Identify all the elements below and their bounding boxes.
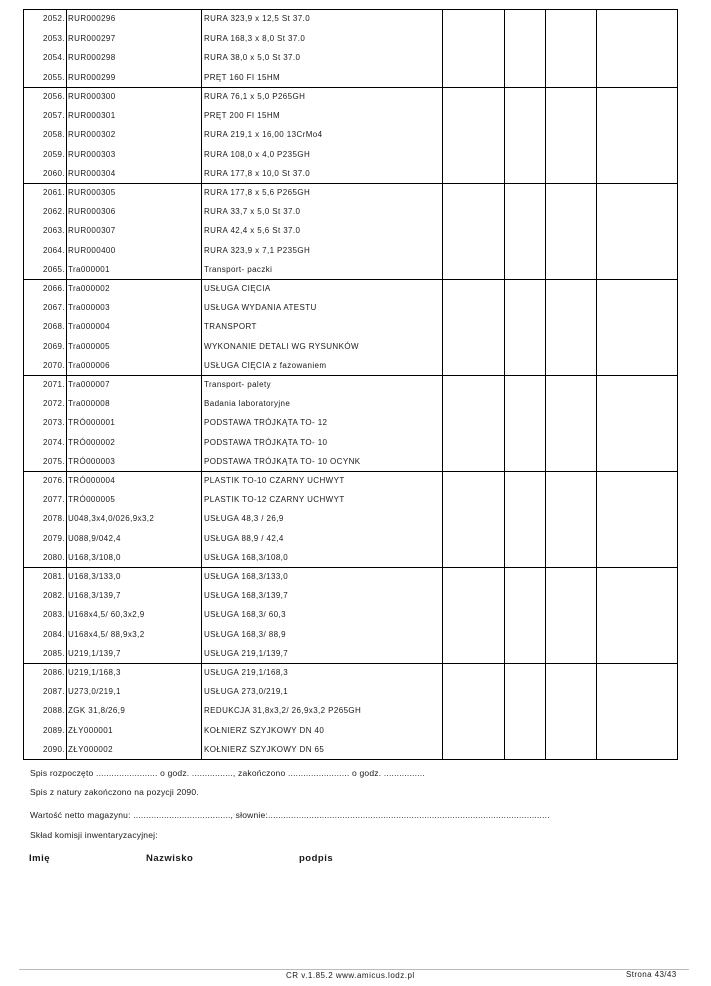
row-name: RURA 33,7 x 5,0 St 37.0 <box>204 202 300 221</box>
row-lp: 2078. <box>24 509 65 528</box>
table-row: 2068.Tra000004TRANSPORT <box>24 317 444 336</box>
row-lp: 2061. <box>24 183 65 202</box>
row-lp: 2053. <box>24 29 65 48</box>
signature-header: podpis <box>299 853 333 864</box>
group-separator <box>24 87 677 88</box>
row-name: USŁUGA 168,3/133,0 <box>204 567 288 586</box>
row-lp: 2079. <box>24 529 65 548</box>
row-lp: 2070. <box>24 356 65 375</box>
table-row: 2070.Tra000006USŁUGA CIĘCIA z fazowaniem <box>24 356 444 375</box>
row-name: RURA 323,9 x 12,5 St 37.0 <box>204 9 310 28</box>
row-code: RUR000304 <box>68 164 116 183</box>
table-row: 2053.RUR000297RURA 168,3 x 8,0 St 37.0 <box>24 29 444 48</box>
table-row: 2080.U168,3/108,0USŁUGA 168,3/108,0 <box>24 548 444 567</box>
footer-version: CR v.1.85.2 www.amicus.lodz.pl <box>286 971 415 980</box>
row-lp: 2072. <box>24 394 65 413</box>
row-code: Tra000006 <box>68 356 110 375</box>
row-name: Badania laboratoryjne <box>204 394 290 413</box>
column-divider <box>504 10 505 759</box>
page-number: Strona 43/43 <box>626 970 677 979</box>
row-code: RUR000302 <box>68 125 116 144</box>
row-name: KOŁNIERZ SZYJKOWY DN 65 <box>204 740 324 759</box>
footer-divider <box>19 969 689 970</box>
table-row: 2067.Tra000003USŁUGA WYDANIA ATESTU <box>24 298 444 317</box>
table-row: 2077.TRÓ000005PLASTIK TO-12 CZARNY UCHWY… <box>24 490 444 509</box>
row-lp: 2090. <box>24 740 65 759</box>
inventory-end-line: Spis z natury zakończono na pozycji 2090… <box>30 787 199 797</box>
row-name: USŁUGA 273,0/219,1 <box>204 682 288 701</box>
table-row: 2055.RUR000299PRĘT 160 FI 15HM <box>24 68 444 87</box>
table-row: 2069.Tra000005WYKONANIE DETALI WG RYSUNK… <box>24 337 444 356</box>
row-lp: 2083. <box>24 605 65 624</box>
row-lp: 2062. <box>24 202 65 221</box>
row-name: RURA 38,0 x 5,0 St 37.0 <box>204 48 300 67</box>
table-row: 2088.ZGK 31,8/26,9REDUKCJA 31,8x3,2/ 26,… <box>24 701 444 720</box>
row-code: Tra000002 <box>68 279 110 298</box>
row-lp: 2069. <box>24 337 65 356</box>
table-row: 2084.U168x4,5/ 88,9x3,2USŁUGA 168,3/ 88,… <box>24 625 444 644</box>
row-lp: 2085. <box>24 644 65 663</box>
row-lp: 2066. <box>24 279 65 298</box>
row-code: Tra000005 <box>68 337 110 356</box>
table-row: 2072.Tra000008Badania laboratoryjne <box>24 394 444 413</box>
table-row: 2066.Tra000002USŁUGA CIĘCIA <box>24 279 444 298</box>
table-row: 2056.RUR000300RURA 76,1 x 5,0 P265GH <box>24 87 444 106</box>
row-code: RUR000300 <box>68 87 116 106</box>
table-row: 2061.RUR000305RURA 177,8 x 5,6 P265GH <box>24 183 444 202</box>
row-name: RURA 177,8 x 5,6 P265GH <box>204 183 310 202</box>
row-code: TRÓ000001 <box>68 413 115 432</box>
row-code: U168,3/133,0 <box>68 567 121 586</box>
row-name: USŁUGA CIĘCIA <box>204 279 271 298</box>
row-code: U168x4,5/ 88,9x3,2 <box>68 625 145 644</box>
row-lp: 2087. <box>24 682 65 701</box>
row-lp: 2054. <box>24 48 65 67</box>
row-lp: 2073. <box>24 413 65 432</box>
table-row: 2086.U219,1/168,3USŁUGA 219,1/168,3 <box>24 663 444 682</box>
row-name: USŁUGA 168,3/ 88,9 <box>204 625 286 644</box>
table-row: 2089.ZŁY000001KOŁNIERZ SZYJKOWY DN 40 <box>24 721 444 740</box>
table-row: 2062.RUR000306RURA 33,7 x 5,0 St 37.0 <box>24 202 444 221</box>
row-name: USŁUGA CIĘCIA z fazowaniem <box>204 356 326 375</box>
row-lp: 2057. <box>24 106 65 125</box>
row-code: Tra000003 <box>68 298 110 317</box>
row-code: RUR000297 <box>68 29 116 48</box>
row-lp: 2056. <box>24 87 65 106</box>
row-name: PODSTAWA TRÓJKĄTA TO- 12 <box>204 413 327 432</box>
row-code: RUR000298 <box>68 48 116 67</box>
row-name: RURA 323,9 x 7,1 P235GH <box>204 241 310 260</box>
row-name: PRĘT 160 FI 15HM <box>204 68 280 87</box>
column-divider <box>596 10 597 759</box>
row-code: ZŁY000002 <box>68 740 113 759</box>
first-name-header: Imię <box>29 853 50 864</box>
table-row: 2064.RUR000400RURA 323,9 x 7,1 P235GH <box>24 241 444 260</box>
row-lp: 2059. <box>24 145 65 164</box>
row-name: USŁUGA WYDANIA ATESTU <box>204 298 317 317</box>
row-name: USŁUGA 88,9 / 42,4 <box>204 529 284 548</box>
group-separator <box>24 279 677 280</box>
row-lp: 2074. <box>24 433 65 452</box>
row-name: RURA 108,0 x 4,0 P235GH <box>204 145 310 164</box>
row-lp: 2052. <box>24 9 65 28</box>
table-row: 2057.RUR000301PRĘT 200 FI 15HM <box>24 106 444 125</box>
row-lp: 2088. <box>24 701 65 720</box>
row-code: U273,0/219,1 <box>68 682 121 701</box>
column-divider <box>545 10 546 759</box>
row-name: RURA 177,8 x 10,0 St 37.0 <box>204 164 310 183</box>
row-code: TRÓ000004 <box>68 471 115 490</box>
table-row: 2076.TRÓ000004PLASTIK TO-10 CZARNY UCHWY… <box>24 471 444 490</box>
row-code: ZŁY000001 <box>68 721 113 740</box>
row-code: RUR000296 <box>68 9 116 28</box>
inventory-start-line: Spis rozpoczęto ........................… <box>30 768 425 778</box>
group-separator <box>24 663 677 664</box>
row-name: USŁUGA 168,3/ 60,3 <box>204 605 286 624</box>
row-lp: 2067. <box>24 298 65 317</box>
row-lp: 2082. <box>24 586 65 605</box>
table-row: 2058.RUR000302RURA 219,1 x 16,00 13CrMo4 <box>24 125 444 144</box>
row-lp: 2086. <box>24 663 65 682</box>
row-code: Tra000007 <box>68 375 110 394</box>
row-lp: 2077. <box>24 490 65 509</box>
group-separator <box>24 183 677 184</box>
row-name: PODSTAWA TRÓJKĄTA TO- 10 <box>204 433 327 452</box>
table-row: 2085.U219,1/139,7USŁUGA 219,1/139,7 <box>24 644 444 663</box>
table-row: 2082.U168,3/139,7USŁUGA 168,3/139,7 <box>24 586 444 605</box>
table-row: 2059.RUR000303RURA 108,0 x 4,0 P235GH <box>24 145 444 164</box>
row-lp: 2064. <box>24 241 65 260</box>
row-name: Transport- palety <box>204 375 271 394</box>
row-lp: 2055. <box>24 68 65 87</box>
last-name-header: Nazwisko <box>146 853 193 864</box>
table-row: 2075.TRÓ000003PODSTAWA TRÓJKĄTA TO- 10 O… <box>24 452 444 471</box>
row-name: RURA 42,4 x 5,6 St 37.0 <box>204 221 300 240</box>
row-code: RUR000307 <box>68 221 116 240</box>
row-name: WYKONANIE DETALI WG RYSUNKÓW <box>204 337 359 356</box>
row-name: RURA 168,3 x 8,0 St 37.0 <box>204 29 305 48</box>
row-lp: 2063. <box>24 221 65 240</box>
row-name: USŁUGA 219,1/168,3 <box>204 663 288 682</box>
row-name: PLASTIK TO-10 CZARNY UCHWYT <box>204 471 345 490</box>
row-name: USŁUGA 219,1/139,7 <box>204 644 288 663</box>
row-name: USŁUGA 168,3/139,7 <box>204 586 288 605</box>
table-row: 2052.RUR000296RURA 323,9 x 12,5 St 37.0 <box>24 9 444 28</box>
table-row: 2087.U273,0/219,1USŁUGA 273,0/219,1 <box>24 682 444 701</box>
table-row: 2083.U168x4,5/ 60,3x2,9USŁUGA 168,3/ 60,… <box>24 605 444 624</box>
row-name: RURA 76,1 x 5,0 P265GH <box>204 87 305 106</box>
row-name: PRĘT 200 FI 15HM <box>204 106 280 125</box>
row-code: U048,3x4,0/026,9x3,2 <box>68 509 154 528</box>
table-row: 2060.RUR000304RURA 177,8 x 10,0 St 37.0 <box>24 164 444 183</box>
table-row: 2090.ZŁY000002KOŁNIERZ SZYJKOWY DN 65 <box>24 740 444 759</box>
row-code: U088,9/042,4 <box>68 529 121 548</box>
row-code: TRÓ000005 <box>68 490 115 509</box>
row-code: U219,1/168,3 <box>68 663 121 682</box>
row-lp: 2060. <box>24 164 65 183</box>
row-lp: 2080. <box>24 548 65 567</box>
row-lp: 2081. <box>24 567 65 586</box>
row-code: U168x4,5/ 60,3x2,9 <box>68 605 145 624</box>
row-lp: 2058. <box>24 125 65 144</box>
inventory-table: 2052.RUR000296RURA 323,9 x 12,5 St 37.02… <box>23 9 678 760</box>
row-lp: 2076. <box>24 471 65 490</box>
row-name: TRANSPORT <box>204 317 257 336</box>
row-code: TRÓ000003 <box>68 452 115 471</box>
row-code: RUR000306 <box>68 202 116 221</box>
row-lp: 2068. <box>24 317 65 336</box>
table-row: 2074.TRÓ000002PODSTAWA TRÓJKĄTA TO- 10 <box>24 433 444 452</box>
table-row: 2063.RUR000307RURA 42,4 x 5,6 St 37.0 <box>24 221 444 240</box>
row-code: RUR000400 <box>68 241 116 260</box>
row-lp: 2089. <box>24 721 65 740</box>
group-separator <box>24 471 677 472</box>
row-code: RUR000301 <box>68 106 116 125</box>
table-row: 2081.U168,3/133,0USŁUGA 168,3/133,0 <box>24 567 444 586</box>
row-lp: 2075. <box>24 452 65 471</box>
row-code: U168,3/139,7 <box>68 586 121 605</box>
row-code: Tra000004 <box>68 317 110 336</box>
table-row: 2079.U088,9/042,4USŁUGA 88,9 / 42,4 <box>24 529 444 548</box>
group-separator <box>24 567 677 568</box>
table-row: 2071.Tra000007Transport- palety <box>24 375 444 394</box>
row-code: Tra000001 <box>68 260 110 279</box>
row-name: USŁUGA 168,3/108,0 <box>204 548 288 567</box>
row-name: PODSTAWA TRÓJKĄTA TO- 10 OCYNK <box>204 452 360 471</box>
row-code: ZGK 31,8/26,9 <box>68 701 125 720</box>
row-code: TRÓ000002 <box>68 433 115 452</box>
net-value-line: Wartość netto magazynu: ................… <box>30 810 550 820</box>
row-code: Tra000008 <box>68 394 110 413</box>
row-name: USŁUGA 48,3 / 26,9 <box>204 509 284 528</box>
group-separator <box>24 375 677 376</box>
row-lp: 2071. <box>24 375 65 394</box>
row-name: PLASTIK TO-12 CZARNY UCHWYT <box>204 490 345 509</box>
row-code: U168,3/108,0 <box>68 548 121 567</box>
table-row: 2054.RUR000298RURA 38,0 x 5,0 St 37.0 <box>24 48 444 67</box>
row-name: KOŁNIERZ SZYJKOWY DN 40 <box>204 721 324 740</box>
committee-label: Skład komisji inwentaryzacyjnej: <box>30 830 158 840</box>
row-code: RUR000305 <box>68 183 116 202</box>
table-row: 2078.U048,3x4,0/026,9x3,2USŁUGA 48,3 / 2… <box>24 509 444 528</box>
row-name: REDUKCJA 31,8x3,2/ 26,9x3,2 P265GH <box>204 701 361 720</box>
row-lp: 2084. <box>24 625 65 644</box>
row-name: Transport- paczki <box>204 260 272 279</box>
table-row: 2073.TRÓ000001PODSTAWA TRÓJKĄTA TO- 12 <box>24 413 444 432</box>
row-code: RUR000299 <box>68 68 116 87</box>
row-code: U219,1/139,7 <box>68 644 121 663</box>
table-row: 2065.Tra000001Transport- paczki <box>24 260 444 279</box>
row-name: RURA 219,1 x 16,00 13CrMo4 <box>204 125 322 144</box>
row-lp: 2065. <box>24 260 65 279</box>
row-code: RUR000303 <box>68 145 116 164</box>
